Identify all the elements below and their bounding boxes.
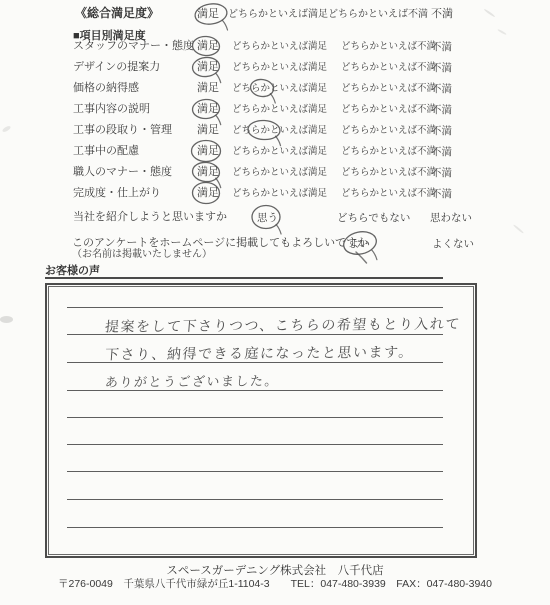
handwritten-comment-line-2: 下さり、納得できる庭になったと思います。 xyxy=(104,342,414,365)
option-rather-satisfied: どちらかといえば満足 xyxy=(232,42,327,53)
answer-circle-tail-stroke xyxy=(276,136,281,146)
answer-circle-tail-stroke xyxy=(276,224,281,234)
option-rather-unsatisfied: どちらかといえば不満 xyxy=(341,126,436,137)
handwritten-comment-line-3: ありがとうございました。 xyxy=(104,370,280,391)
option-rather-satisfied: どちらかといえば満足 xyxy=(232,147,327,158)
option-rather-unsatisfied: どちらかといえば不満 xyxy=(341,105,436,116)
option-fuman: 不満 xyxy=(431,104,452,116)
item-label-work-scheduling: 工事の段取り・管理 xyxy=(73,124,172,137)
publish-question-note: （お名前は掲載いたしません） xyxy=(72,249,212,261)
option-fuman: 不満 xyxy=(431,62,452,74)
answer-circle-tail-stroke xyxy=(372,250,377,260)
item-label-price-satisfaction: 価格の納得感 xyxy=(73,82,139,95)
option-manzoku: 満足 xyxy=(197,61,219,74)
option-manzoku: 満足 xyxy=(197,82,219,95)
item-label-craftsman-manner: 職人のマナー・態度 xyxy=(73,166,172,179)
option-manzoku: 満足 xyxy=(197,187,219,200)
option-rather-unsatisfied: どちらかといえば不満 xyxy=(341,147,436,158)
option-rather-unsatisfied: どちらかといえば不満 xyxy=(341,189,436,200)
option-fuman: 不満 xyxy=(431,167,452,179)
option-manzoku: 満足 xyxy=(197,103,219,116)
item-label-staff-manner: スタッフのマナー・態度 xyxy=(73,40,194,53)
option-rather-unsatisfied: どちらかといえば不満 xyxy=(341,84,436,95)
ruled-line xyxy=(67,527,443,528)
publish-option-yoi: よい xyxy=(349,238,370,250)
footer-address-contact: 〒276-0049 千葉県八千代市緑が丘1-1104-3 TEL：047-480… xyxy=(0,576,550,591)
overall-option-rather-unsatisfied: どちらかといえば不満 xyxy=(328,9,428,21)
option-fuman: 不満 xyxy=(431,188,452,200)
overall-option-rather-satisfied: どちらかといえば満足 xyxy=(228,9,328,21)
option-rather-unsatisfied: どちらかといえば不満 xyxy=(341,42,436,53)
voice-section-title: お客様の声 xyxy=(45,265,100,278)
publish-option-yokunai: よくない xyxy=(432,238,474,250)
option-rather-satisfied: どちらかといえば満足 xyxy=(232,126,327,137)
scan-smudge xyxy=(2,125,12,133)
recommend-option-omou: 思う xyxy=(257,212,278,224)
option-rather-satisfied: どちらかといえば満足 xyxy=(232,63,327,74)
option-fuman: 不満 xyxy=(431,146,452,158)
recommend-option-omowanai: 思わない xyxy=(430,212,472,224)
recommend-question-label: 当社を紹介しようと思いますか xyxy=(73,211,227,224)
option-rather-satisfied: どちらかといえば満足 xyxy=(232,105,327,116)
scan-smudge xyxy=(0,316,13,323)
item-label-finish-quality: 完成度・仕上がり xyxy=(73,187,161,200)
item-label-work-explanation: 工事内容の説明 xyxy=(73,103,150,116)
ruled-line xyxy=(67,471,443,472)
option-manzoku: 満足 xyxy=(197,166,219,179)
overall-satisfaction-label: 《総合満足度》 xyxy=(75,7,159,21)
ruled-line xyxy=(67,499,443,500)
answer-circle-tail-stroke xyxy=(223,21,228,31)
option-fuman: 不満 xyxy=(431,83,452,95)
option-rather-satisfied: どちらかといえば満足 xyxy=(232,84,327,95)
option-manzoku: 満足 xyxy=(197,124,219,137)
scan-smudge xyxy=(497,29,507,36)
option-rather-unsatisfied: どちらかといえば不満 xyxy=(341,168,436,179)
option-rather-satisfied: どちらかといえば満足 xyxy=(232,168,327,179)
voice-title-underline xyxy=(45,277,443,279)
recommend-option-neither: どちらでもない xyxy=(337,212,410,224)
item-label-design-proposal: デザインの提案力 xyxy=(73,61,160,74)
stray-pen-stroke xyxy=(356,252,367,263)
option-manzoku: 満足 xyxy=(197,40,219,53)
item-label-consideration-during-work: 工事中の配慮 xyxy=(73,145,139,158)
overall-option-fuman: 不満 xyxy=(431,8,453,21)
option-rather-satisfied: どちらかといえば満足 xyxy=(232,189,327,200)
ruled-line xyxy=(67,417,443,418)
overall-option-manzoku: 満足 xyxy=(197,8,219,21)
option-rather-unsatisfied: どちらかといえば不満 xyxy=(341,63,436,74)
ruled-line xyxy=(67,444,443,445)
scan-smudge xyxy=(484,8,496,17)
publish-question-label: このアンケートをホームページに掲載してもよろしいですか xyxy=(72,237,368,250)
answer-circle-tail-stroke xyxy=(270,94,275,104)
handwritten-comment-line-1: 提案をして下さりつつ、こちらの希望もとり入れて xyxy=(104,313,462,336)
scan-smudge xyxy=(513,224,524,234)
option-manzoku: 満足 xyxy=(197,145,219,158)
option-fuman: 不満 xyxy=(431,41,452,53)
option-fuman: 不満 xyxy=(431,125,452,137)
ruled-line xyxy=(67,307,443,308)
survey-scan-page: 《総合満足度》 満足 どちらかといえば満足 どちらかといえば不満 不満 ■項目別… xyxy=(0,0,550,605)
